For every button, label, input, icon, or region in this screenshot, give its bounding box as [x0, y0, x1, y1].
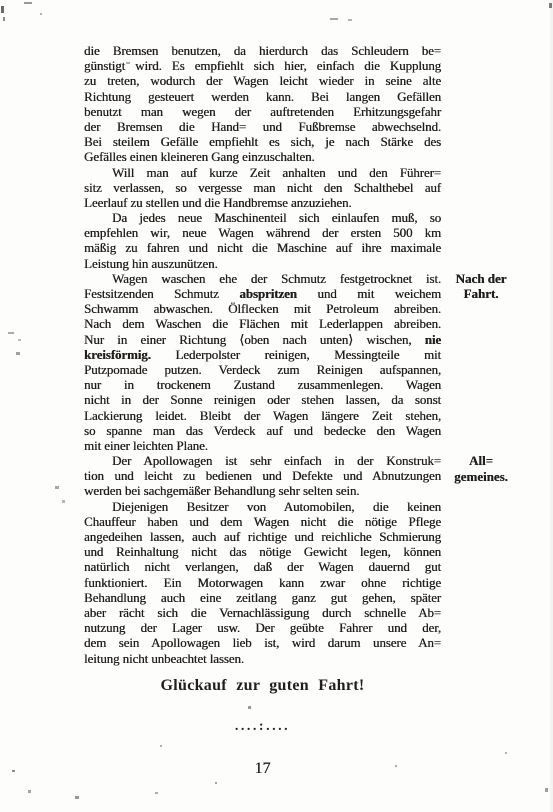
text-line: Diejenigen Besitzer von Automobilen, die… — [84, 499, 441, 514]
text-line: die Bremsen benutzen, da hierdurch das S… — [84, 43, 441, 58]
bold-text: nie — [425, 332, 441, 347]
scan-speckle — [16, 352, 20, 355]
scan-speckle — [248, 706, 251, 709]
text-segment: tion und leicht zu bedienen und Defekte … — [84, 468, 441, 483]
scan-speckle — [40, 13, 42, 15]
text-segment: nutzung der Lager usw. Der geübte Fahrer… — [84, 620, 441, 635]
text-line: dem sein Apollowagen lieb ist, wird daru… — [84, 635, 441, 650]
scan-speckle — [55, 486, 59, 489]
text-segment: dem sein Apollowagen lieb ist, wird daru… — [84, 635, 441, 650]
text-segment: Lederpolster reinigen, Messingteile mit — [151, 347, 441, 362]
text-segment: Will man auf kurze Zeit anhalten und den… — [112, 165, 441, 180]
text-line: Leerlauf zu stellen und die Handbremse a… — [84, 195, 441, 210]
scan-speckle — [18, 339, 21, 341]
text-line: leitung nicht unbeachtet lassen. — [84, 651, 441, 666]
scan-speckle — [75, 796, 79, 799]
text-segment: Nur in einer Richtung ⟨oben nach unten⟩ … — [84, 332, 425, 347]
text-line: Will man auf kurze Zeit anhalten und den… — [84, 165, 441, 180]
scan-speckle — [1, 6, 4, 13]
text-line: Nur in einer Richtung ⟨oben nach unten⟩ … — [84, 332, 441, 347]
text-segment: werden bei sachgemäßer Behandlung sehr s… — [84, 483, 359, 498]
text-segment: so spanne man das Verdeck auf und bedeck… — [84, 423, 441, 438]
text-line: werden bei sachgemäßer Behandlung sehr s… — [84, 483, 441, 498]
text-segment: mäßig zu fahren und nicht die Maschine a… — [84, 240, 441, 255]
text-line: nicht in der Sonne reinigen oder stehen … — [84, 392, 441, 407]
text-line: aber rächt sich die Vernachlässigung dur… — [84, 605, 441, 620]
text-line: Lackierung leidet. Bleibt der Wagen läng… — [84, 408, 441, 423]
text-line: Putzpomade putzen. Verdeck zum Reinigen … — [84, 362, 441, 377]
text-segment: nicht in der Sonne reinigen oder stehen … — [84, 392, 441, 407]
text-segment: Schwamm abwaschen. Ölflecken mit Petrole… — [84, 301, 441, 316]
scan-speckle — [24, 2, 32, 4]
margin-note: Nach derFahrt. — [443, 271, 519, 301]
text-line: Festsitzenden Schmutz abspritzen und mit… — [84, 286, 441, 301]
text-line: tion und leicht zu bedienen und Defekte … — [84, 468, 441, 483]
text-segment: Bei steilem Gefälle empfiehlt es sich, j… — [84, 134, 441, 149]
text-segment: aber rächt sich die Vernachlässigung dur… — [84, 605, 441, 620]
scan-speckle — [28, 790, 31, 793]
text-segment: Leerlauf zu stellen und die Handbremse a… — [84, 195, 352, 210]
text-segment: leitung nicht unbeachtet lassen. — [84, 651, 244, 666]
scan-speckle — [505, 752, 507, 754]
text-segment: mit einer leichten Plane. — [84, 438, 208, 453]
text-line: mäßig zu fahren und nicht die Maschine a… — [84, 240, 441, 255]
text-line: funktioniert. Ein Motorwagen kann zwar o… — [84, 575, 441, 590]
text-line: sitz verlassen, so vergesse man nicht de… — [84, 180, 441, 195]
text-segment: Wagen waschen ehe der Schmutz festgetroc… — [112, 271, 441, 286]
scan-speckle — [330, 18, 338, 20]
margin-note-line: Nach der — [443, 271, 519, 286]
text-segment: natürlich nicht verlangen, daß der Wagen… — [84, 559, 441, 574]
text-line: Chauffeur haben und dem Wagen nicht die … — [84, 514, 441, 529]
text-line: günstigt wird. Es empfiehlt sich hier, e… — [84, 58, 441, 73]
text-segment: funktioniert. Ein Motorwagen kann zwar o… — [84, 575, 441, 590]
text-segment: zu treten, wodurch der Wagen leicht wied… — [84, 73, 441, 88]
body-text: die Bremsen benutzen, da hierdurch das S… — [84, 43, 441, 666]
text-segment: Behandlung auch eine zeitlang ganz gut g… — [84, 590, 441, 605]
text-line: Behandlung auch eine zeitlang ganz gut g… — [84, 590, 441, 605]
scan-speckle — [8, 332, 14, 334]
text-segment: Diejenigen Besitzer von Automobilen, die… — [112, 499, 441, 514]
text-segment: Chauffeur haben und dem Wagen nicht die … — [84, 514, 441, 529]
scan-speckle — [348, 19, 352, 21]
text-line: nur in trockenem Zustand zusammenlegen. … — [84, 377, 441, 392]
text-line: und Reinhaltung nicht das nötige Gewicht… — [84, 544, 441, 559]
text-segment: Gefälles einen kleineren Gang einzuschal… — [84, 149, 315, 164]
margin-note-line: gemeines. — [443, 469, 519, 484]
text-line: Schwamm abwaschen. Ölflecken mit Petrole… — [84, 301, 441, 316]
text-segment: Festsitzenden Schmutz — [84, 286, 239, 301]
scan-speckle — [3, 17, 5, 21]
text-segment: empfehlen wir, neue Wagen während der er… — [84, 225, 441, 240]
text-line: mit einer leichten Plane. — [84, 438, 441, 453]
text-line: Der Apollowagen ist sehr einfach in der … — [84, 453, 441, 468]
text-segment: günstigt wird. Es empfiehlt sich hier, e… — [84, 58, 441, 73]
scan-speckle — [215, 782, 217, 784]
text-line: angedeihen lassen, auch auf richtige und… — [84, 529, 441, 544]
text-line: Da jedes neue Maschinenteil sich einlauf… — [84, 210, 441, 225]
book-page: die Bremsen benutzen, da hierdurch das S… — [0, 0, 553, 812]
closing-line: Glückauf zur guten Fahrt! — [84, 677, 441, 695]
scan-speckle — [126, 62, 130, 64]
text-segment: Lackierung leidet. Bleibt der Wagen läng… — [84, 408, 441, 423]
text-segment: Da jedes neue Maschinenteil sich einlauf… — [112, 210, 441, 225]
margin-note: All=gemeines. — [443, 453, 519, 483]
text-line: Richtung gesteuert werden kann. Bei lang… — [84, 89, 441, 104]
scan-speckle — [545, 788, 548, 792]
text-line: so spanne man das Verdeck auf und bedeck… — [84, 423, 441, 438]
text-segment: Richtung gesteuert werden kann. Bei lang… — [84, 89, 441, 104]
text-segment: Leistung hin auszunützen. — [84, 256, 218, 271]
text-segment: und Reinhaltung nicht das nötige Gewicht… — [84, 544, 441, 559]
text-line: zu treten, wodurch der Wagen leicht wied… — [84, 73, 441, 88]
text-segment: Putzpomade putzen. Verdeck zum Reinigen … — [84, 362, 441, 377]
text-segment: nur in trockenem Zustand zusammenlegen. … — [84, 377, 441, 392]
margin-note-line: All= — [443, 453, 519, 468]
text-segment: der Bremsen die Hand= und Fußbremse abwe… — [84, 119, 441, 134]
scan-speckle — [160, 745, 162, 747]
text-line: natürlich nicht verlangen, daß der Wagen… — [84, 559, 441, 574]
section-divider-ornament: ....:.... — [84, 719, 441, 735]
margin-note-line: Fahrt. — [443, 286, 519, 301]
text-line: Nach dem Waschen die Flächen mit Lederla… — [84, 316, 441, 331]
bold-text: kreisförmig. — [84, 347, 151, 362]
text-segment: die Bremsen benutzen, da hierdurch das S… — [84, 43, 441, 58]
scan-speckle — [395, 765, 397, 767]
text-segment: angedeihen lassen, auch auf richtige und… — [84, 529, 441, 544]
text-line: der Bremsen die Hand= und Fußbremse abwe… — [84, 119, 441, 134]
text-segment: und mit weichem — [297, 286, 441, 301]
scan-speckle — [62, 500, 65, 503]
page-number: 17 — [84, 760, 441, 778]
text-line: benutzt man wegen der auftretenden Erhit… — [84, 104, 441, 119]
text-segment: Der Apollowagen ist sehr einfach in der … — [112, 453, 441, 468]
text-line: Gefälles einen kleineren Gang einzuschal… — [84, 149, 441, 164]
text-line: empfehlen wir, neue Wagen während der er… — [84, 225, 441, 240]
scan-speckle — [12, 770, 15, 772]
text-segment: benutzt man wegen der auftretenden Erhit… — [84, 104, 441, 119]
text-line: nutzung der Lager usw. Der geübte Fahrer… — [84, 620, 441, 635]
text-segment: sitz verlassen, so vergesse man nicht de… — [84, 180, 441, 195]
text-line: Leistung hin auszunützen. — [84, 256, 441, 271]
text-line: kreisförmig. Lederpolster reinigen, Mess… — [84, 347, 441, 362]
bold-text: abspritzen — [239, 286, 297, 301]
text-line: Wagen waschen ehe der Schmutz festgetroc… — [84, 271, 441, 286]
scan-speckle — [155, 792, 158, 794]
text-line: Bei steilem Gefälle empfiehlt es sich, j… — [84, 134, 441, 149]
text-segment: Nach dem Waschen die Flächen mit Lederla… — [84, 316, 441, 331]
